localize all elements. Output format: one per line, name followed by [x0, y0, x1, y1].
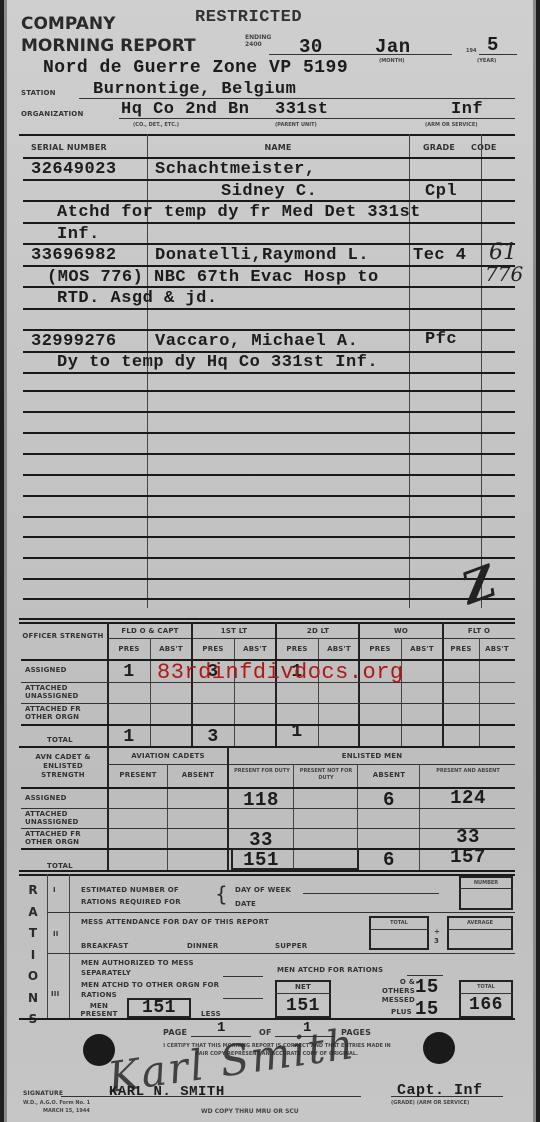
group-aviation-cadets: AVIATION CADETS — [109, 752, 227, 760]
others-messed-value: 15 — [415, 976, 439, 998]
month-caption: (MONTH) — [379, 58, 405, 64]
day-of-week-label: DAY OF WEEK — [235, 886, 291, 894]
col-present-and-absent: PRESENT AND ABSENT — [421, 768, 515, 775]
punch-hole-right — [423, 1032, 455, 1064]
subcol-pres: PRES — [277, 645, 317, 653]
arm-value: Inf — [451, 100, 483, 119]
rank-caption: (GRADE) (ARM OR SERVICE) — [391, 1100, 469, 1106]
officer-assigned-fldo-pres: 1 — [109, 662, 149, 682]
subcol-pres: PRES — [443, 645, 479, 653]
col-avn-present: PRESENT — [109, 771, 167, 779]
brace-icon: { — [215, 882, 228, 906]
report-year-digit: 5 — [487, 34, 499, 56]
auth-separately-label: MEN AUTHORIZED TO MESS SEPARATELY — [81, 958, 231, 978]
mess-attendance-label: MESS ATTENDANCE FOR DAY OF THIS REPORT — [81, 918, 269, 926]
plus-label: PLUS — [391, 1008, 412, 1016]
form-date: MARCH 15, 1944 — [43, 1108, 90, 1114]
row-total: TOTAL — [47, 862, 73, 870]
row-attached-fr-other-orgn: ATTACHED FR OTHER ORGN — [25, 830, 105, 846]
entry-name-line1: Donatelli,Raymond L. — [155, 246, 369, 265]
subcol-abst: ABS'T — [319, 645, 359, 653]
row-attached-unassigned: ATTACHED UNASSIGNED — [25, 810, 103, 826]
entry-grade: Tec 4 — [413, 246, 467, 265]
entry-remark-line2: RTD. Asgd & jd. — [57, 289, 218, 308]
officer-total-1stlt-pres: 3 — [193, 727, 233, 747]
group-1st-lt: 1ST LT — [193, 627, 275, 635]
rations-total-label: TOTAL — [459, 984, 513, 990]
signer-name: KARL N. SMITH — [109, 1084, 225, 1100]
year-caption: (YEAR) — [477, 58, 496, 64]
entry-code-line2: 776 — [485, 262, 523, 286]
entry-name-line1: Schachtmeister, — [155, 160, 316, 179]
total-mess-label: TOTAL — [369, 920, 429, 926]
entry-name-line1: Vaccaro, Michael A. — [155, 332, 358, 351]
form-title-line2: MORNING REPORT — [21, 36, 196, 56]
enlisted-attached-pfd: 33 — [229, 829, 293, 851]
entry-grade: Pfc — [425, 330, 457, 349]
number-label: NUMBER — [459, 880, 513, 886]
parent-caption: (PARENT UNIT) — [275, 122, 317, 128]
page-label: PAGE — [163, 1028, 187, 1037]
entry-name-line2: Sidney C. — [221, 182, 317, 201]
atchd-other-orgn-label: MEN ATCHD TO OTHER ORGN FOR RATIONS — [81, 980, 237, 1000]
col-code: CODE — [471, 143, 497, 152]
end-of-entries-mark: Z — [455, 556, 503, 615]
subcol-pres: PRES — [109, 645, 149, 653]
station-label: STATION — [21, 89, 56, 97]
enlisted-total-all: 157 — [421, 846, 515, 868]
plus-value: 15 — [415, 998, 439, 1020]
entry-serial: 32999276 — [31, 332, 117, 351]
enlisted-strength-title: AVN CADET & ENLISTED STRENGTH — [21, 753, 105, 780]
organization-value: Hq Co 2nd Bn — [121, 100, 249, 119]
subcol-abst: ABS'T — [235, 645, 275, 653]
page-value: 1 — [217, 1020, 226, 1036]
officer-strength-title: OFFICER STRENGTH — [21, 632, 105, 641]
report-day: 30 — [299, 36, 323, 58]
men-present-label: MEN PRESENT — [73, 1002, 125, 1018]
year-prefix: 194 — [466, 48, 476, 54]
section-i-numeral: I — [53, 886, 56, 894]
organization-label: ORGANIZATION — [21, 110, 84, 118]
morning-report-form: COMPANY MORNING REPORT RESTRICTED ENDING… — [4, 0, 536, 1122]
row-assigned: ASSIGNED — [25, 794, 67, 802]
col-absent: ABSENT — [359, 771, 419, 779]
form-title-line1: COMPANY — [21, 14, 115, 34]
row-attached-fr-other-orgn: ATTACHED FR OTHER ORGN — [25, 705, 105, 721]
section-i-label-line1: ESTIMATED NUMBER OF — [81, 886, 179, 894]
station-value: Burnontige, Belgium — [93, 80, 296, 99]
enlisted-total-absent: 6 — [359, 849, 419, 871]
form-reference: W.D., A.G.O. Form No. 1 — [23, 1100, 90, 1106]
section-i-label-line2: RATIONS REQUIRED FOR — [81, 898, 181, 906]
enlisted-assigned-total: 124 — [421, 787, 515, 809]
rations-side-label: R A T I O N S — [23, 880, 43, 1031]
others-messed-label: O & OTHERS MESSED — [367, 978, 415, 1005]
breakfast-label: BREAKFAST — [81, 942, 128, 950]
enlisted-assigned-pfd: 118 — [229, 789, 293, 811]
enlisted-total-pfd: 151 — [229, 849, 293, 871]
men-present-value: 151 — [129, 998, 189, 1018]
net-value: 151 — [275, 996, 331, 1016]
signature-label: SIGNATURE — [23, 1090, 63, 1097]
section-iii-numeral: III — [51, 990, 59, 998]
subcol-abst: ABS'T — [401, 645, 443, 653]
report-month: Jan — [375, 36, 411, 58]
row-attached-unassigned: ATTACHED UNASSIGNED — [25, 684, 103, 700]
arm-caption: (ARM OR SERVICE) — [425, 122, 478, 128]
officer-total-fldo-pres: 1 — [109, 727, 149, 747]
subcol-abst: ABS'T — [151, 645, 191, 653]
average-label: AVERAGE — [447, 920, 513, 926]
atchd-for-rations-label: MEN ATCHD FOR RATIONS — [277, 966, 383, 974]
location-line: Nord de Guerre Zone VP 5199 — [43, 58, 348, 78]
col-present-not-for-duty: PRESENT NOT FOR DUTY — [295, 768, 357, 782]
copy-note: WD COPY THRU MRU OR SCU — [201, 1108, 299, 1115]
group-wo: WO — [359, 627, 443, 635]
dinner-label: DINNER — [187, 942, 219, 950]
group-flt-o: FLT O — [443, 627, 515, 635]
parent-unit-value: 331st — [275, 100, 329, 119]
subcol-abst: ABS'T — [479, 645, 515, 653]
col-avn-absent: ABSENT — [169, 771, 227, 779]
entry-grade: Cpl — [425, 182, 457, 201]
entry-serial: 32649023 — [31, 160, 117, 179]
net-label: NET — [275, 983, 331, 991]
enlisted-attached-total: 33 — [421, 826, 515, 848]
org-caption: (CO., DET., ETC.) — [133, 122, 179, 128]
website-watermark: 83rdinfdivdocs.org — [157, 660, 404, 685]
col-present-for-duty: PRESENT FOR DUTY — [231, 768, 293, 775]
divide-by-three: ÷ 3 — [434, 928, 444, 946]
entry-remark-line1: (MOS 776) NBC 67th Evac Hosp to — [47, 268, 379, 287]
row-total: TOTAL — [47, 736, 73, 744]
subcol-pres: PRES — [193, 645, 233, 653]
officer-total-2dlt-pres: 1 — [277, 722, 317, 742]
section-ii-numeral: II — [53, 930, 59, 938]
group-fld-o-capt: FLD O & CAPT — [109, 627, 191, 635]
entry-remark-line2: Inf. — [57, 225, 100, 244]
restricted-stamp: RESTRICTED — [195, 8, 302, 27]
col-serial-number: SERIAL NUMBER — [31, 143, 107, 152]
group-enlisted-men: ENLISTED MEN — [229, 752, 515, 760]
subcol-pres: PRES — [359, 645, 401, 653]
entry-serial: 33696982 — [31, 246, 117, 265]
rations-total-value: 166 — [459, 995, 513, 1015]
entry-remark-line1: Dy to temp dy Hq Co 331st Inf. — [57, 353, 378, 372]
less-label: LESS — [201, 1010, 221, 1018]
row-assigned: ASSIGNED — [25, 666, 67, 674]
col-name: NAME — [147, 143, 409, 152]
signer-rank: Capt. Inf — [397, 1082, 483, 1099]
group-2d-lt: 2D LT — [277, 627, 359, 635]
entry-remark-line1: Atchd for temp dy fr Med Det 331st — [57, 203, 421, 222]
enlisted-assigned-absent: 6 — [359, 789, 419, 811]
col-grade: GRADE — [423, 143, 455, 152]
ending-label: ENDING 2400 — [245, 34, 267, 48]
date-label: DATE — [235, 900, 256, 908]
supper-label: SUPPER — [275, 942, 307, 950]
